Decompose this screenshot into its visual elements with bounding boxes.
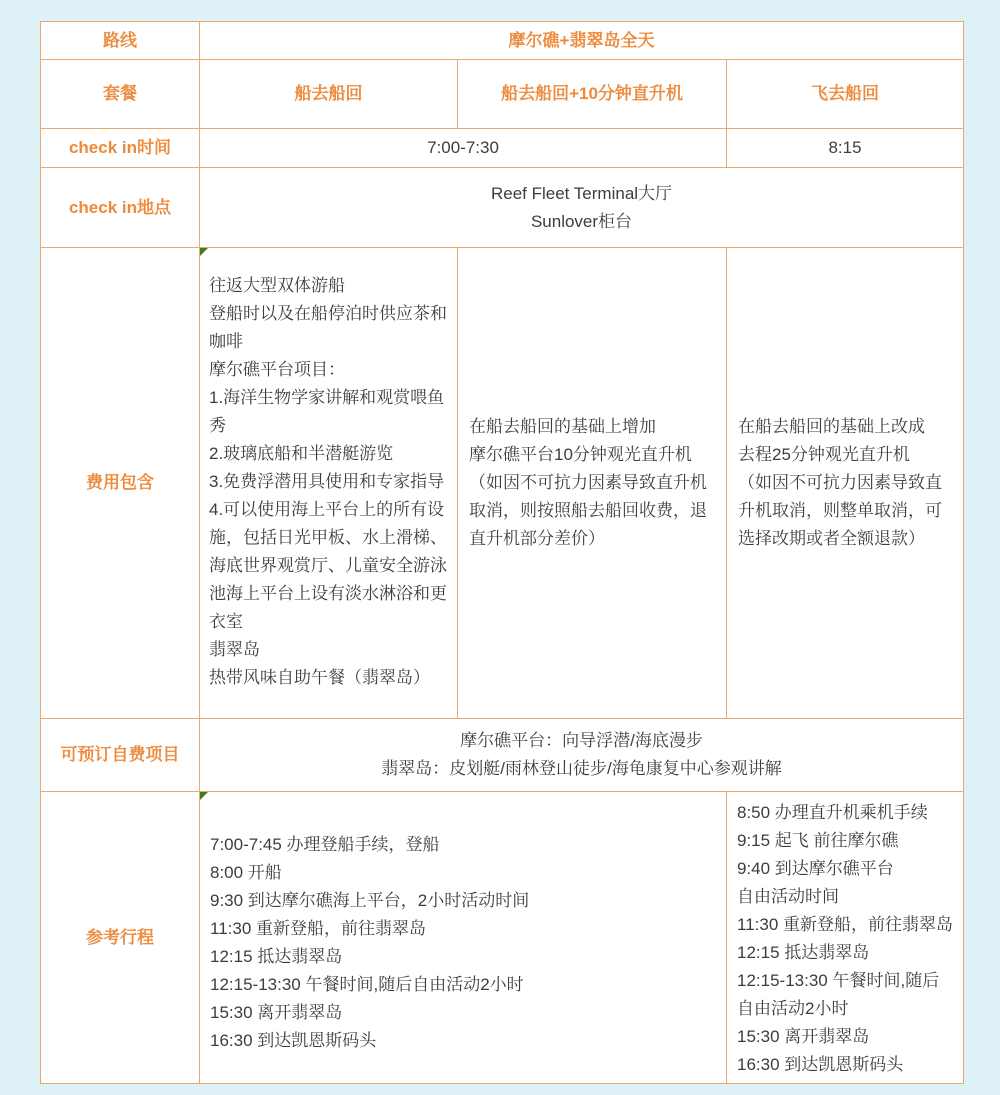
optional-items-label: 可预订自费项目 <box>41 719 200 792</box>
checkin-place-label: check in地点 <box>41 168 200 248</box>
row-checkin-place: check in地点 Reef Fleet Terminal大厅 Sunlove… <box>41 168 964 248</box>
inclusions-fly-cell: 在船去船回的基础上改成 去程25分钟观光直升机 （如因不可抗力因素导致直升机取消… <box>727 248 964 719</box>
inclusions-boat-text: 往返大型双体游船 登船时以及在船停泊时供应茶和咖啡 摩尔礁平台项目： 1.海洋生… <box>209 272 448 692</box>
row-route: 路线 摩尔礁+翡翠岛全天 <box>41 22 964 60</box>
package-label: 套餐 <box>41 60 200 129</box>
excel-corner-marker-icon <box>200 792 208 800</box>
route-value: 摩尔礁+翡翠岛全天 <box>200 22 964 60</box>
optional-items-value: 摩尔礁平台：向导浮潜/海底漫步 翡翠岛：皮划艇/雨林登山徒步/海龟康复中心参观讲… <box>200 719 964 792</box>
checkin-time-boat-value: 7:00-7:30 <box>200 129 727 168</box>
route-label: 路线 <box>41 22 200 60</box>
page-background: 路线 摩尔礁+翡翠岛全天 套餐 船去船回 船去船回+10分钟直升机 飞去船回 c… <box>0 0 1000 1095</box>
inclusions-fly-text: 在船去船回的基础上改成 去程25分钟观光直升机 （如因不可抗力因素导致直升机取消… <box>738 413 952 553</box>
package-option-fly: 飞去船回 <box>727 60 964 129</box>
checkin-time-fly-value: 8:15 <box>727 129 964 168</box>
inclusions-boat-heli-text: 在船去船回的基础上增加 摩尔礁平台10分钟观光直升机 （如因不可抗力因素导致直升… <box>469 413 715 553</box>
itinerary-boat-text: 7:00-7:45 办理登船手续，登船 8:00 开船 9:30 到达摩尔礁海上… <box>210 831 716 1055</box>
inclusions-boat-cell: 往返大型双体游船 登船时以及在船停泊时供应茶和咖啡 摩尔礁平台项目： 1.海洋生… <box>200 248 458 719</box>
row-optional-items: 可预订自费项目 摩尔礁平台：向导浮潜/海底漫步 翡翠岛：皮划艇/雨林登山徒步/海… <box>41 719 964 792</box>
package-option-boat-heli: 船去船回+10分钟直升机 <box>458 60 727 129</box>
inclusions-boat-heli-cell: 在船去船回的基础上增加 摩尔礁平台10分钟观光直升机 （如因不可抗力因素导致直升… <box>458 248 727 719</box>
checkin-place-value: Reef Fleet Terminal大厅 Sunlover柜台 <box>200 168 964 248</box>
package-option-boat: 船去船回 <box>200 60 458 129</box>
itinerary-fly-cell: 8:50 办理直升机乘机手续 9:15 起飞 前往摩尔礁 9:40 到达摩尔礁平… <box>727 792 964 1084</box>
tour-package-table: 路线 摩尔礁+翡翠岛全天 套餐 船去船回 船去船回+10分钟直升机 飞去船回 c… <box>40 21 964 1084</box>
itinerary-label: 参考行程 <box>41 792 200 1084</box>
itinerary-fly-text: 8:50 办理直升机乘机手续 9:15 起飞 前往摩尔礁 9:40 到达摩尔礁平… <box>737 799 955 1079</box>
excel-corner-marker-icon <box>200 248 208 256</box>
row-itinerary: 参考行程 7:00-7:45 办理登船手续，登船 8:00 开船 9:30 到达… <box>41 792 964 1084</box>
row-package: 套餐 船去船回 船去船回+10分钟直升机 飞去船回 <box>41 60 964 129</box>
row-inclusions: 费用包含 往返大型双体游船 登船时以及在船停泊时供应茶和咖啡 摩尔礁平台项目： … <box>41 248 964 719</box>
checkin-time-label: check in时间 <box>41 129 200 168</box>
inclusions-label: 费用包含 <box>41 248 200 719</box>
row-checkin-time: check in时间 7:00-7:30 8:15 <box>41 129 964 168</box>
itinerary-boat-cell: 7:00-7:45 办理登船手续，登船 8:00 开船 9:30 到达摩尔礁海上… <box>200 792 727 1084</box>
